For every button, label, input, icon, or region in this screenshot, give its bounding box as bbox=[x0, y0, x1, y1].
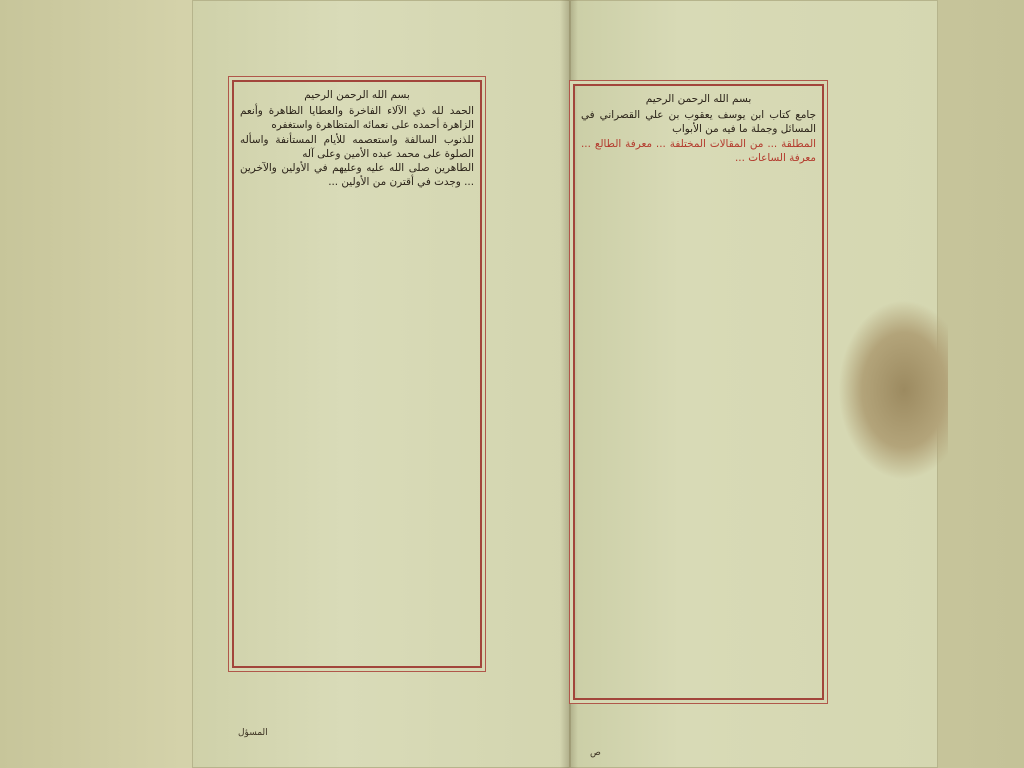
left-line-3: الطاهرين صلى الله عليه وعليهم في الأولين… bbox=[240, 161, 474, 189]
left-footer-note: المسؤل bbox=[238, 728, 268, 738]
left-line-1: الحمد لله ذي الآلاء الفاخرة والعطايا الظ… bbox=[240, 104, 474, 132]
right-basmala: بسم الله الرحمن الرحيم bbox=[581, 92, 816, 106]
right-text-frame: بسم الله الرحمن الرحيم جامع كتاب ابن يوس… bbox=[573, 84, 824, 700]
left-text-frame: بسم الله الرحمن الرحيم الحمد لله ذي الآل… bbox=[232, 80, 482, 668]
left-line-2: للذنوب السالفة واستعصمه للأيام المستأنفة… bbox=[240, 133, 474, 161]
right-line-1: جامع كتاب ابن يوسف يعقوب بن علي القصراني… bbox=[581, 108, 816, 136]
damaged-area bbox=[838, 300, 948, 480]
right-line-2: المطلقة ... من المقالات المختلفة ... معر… bbox=[581, 137, 816, 165]
right-footer-note: ص bbox=[590, 748, 601, 758]
left-basmala: بسم الله الرحمن الرحيم bbox=[240, 88, 474, 102]
